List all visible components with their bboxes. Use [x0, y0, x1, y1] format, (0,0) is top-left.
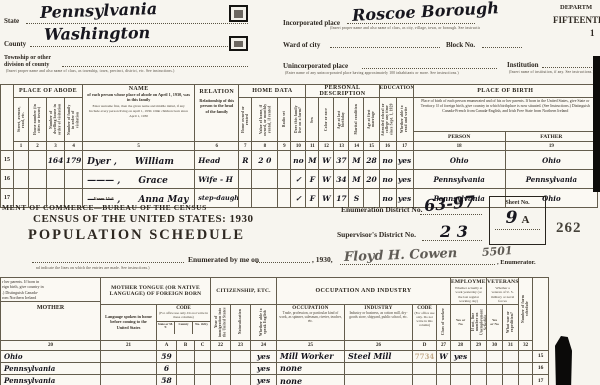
enumerated-date-line: [256, 262, 310, 263]
age-cell: 34: [334, 170, 349, 189]
enumerated-by-label: Enumerated by me on: [188, 255, 259, 264]
col-number: 12: [319, 142, 334, 151]
col-number: 8: [252, 142, 278, 151]
col-marital-header: Marital condition: [349, 98, 364, 142]
farm-schedule-header: Number of farm schedule: [519, 278, 533, 341]
department-line: MENT OF COMMERCE—BUREAU OF THE CENSUS: [2, 203, 207, 212]
code-a-cell: 59: [157, 350, 177, 362]
date-fragment: , 1930,: [312, 255, 333, 264]
line-number-header-cell: [1, 85, 14, 151]
farm-cell: ✓: [291, 170, 306, 189]
institution-line: [542, 67, 600, 68]
name-header: NAME of each person whose place of abode…: [83, 85, 195, 142]
col-number: 31: [503, 340, 519, 350]
county-line: [30, 46, 248, 47]
institution-note: (Insert name of institution, if any. See…: [509, 70, 600, 74]
relation-cell: Head: [195, 151, 239, 170]
school-cell: no: [379, 151, 396, 170]
col-number: 18: [413, 142, 505, 151]
code-note: (For office use only. Do not write in th…: [157, 311, 210, 319]
speak-english-cell: yes: [251, 374, 277, 385]
col-number: 14: [349, 142, 364, 151]
birthplace-person-cell: Ohio: [413, 151, 505, 170]
immigration-year-header: Year of immigration into the United Stat…: [211, 304, 231, 340]
occupation-cell: none: [277, 362, 345, 374]
age-cell: 37: [334, 151, 349, 170]
page-stamp: 262: [556, 220, 582, 237]
sheet-value: 9 A: [490, 208, 545, 228]
home-value-cell: 2 0: [252, 151, 278, 170]
col-number: D: [413, 340, 437, 350]
col-street-header: Street, avenue, road, etc.: [14, 98, 29, 142]
col-dwelling-header: Number of dwelling house in order of vis…: [47, 98, 65, 142]
col-number: 15: [364, 142, 379, 151]
col-number: 25: [277, 340, 345, 350]
col-number: 30: [487, 340, 503, 350]
occupation-industry-group: OCCUPATION AND INDUSTRY: [277, 278, 451, 305]
col-owned-header: Home owned or rented: [239, 98, 252, 142]
code-a-cell: 58: [157, 374, 177, 385]
col-number: 10: [291, 142, 306, 151]
col-number: 24: [251, 340, 277, 350]
col-read-write-header: Whether able to read and write: [396, 98, 413, 142]
col-number: 23: [231, 340, 251, 350]
col-number: 11: [306, 142, 319, 151]
col-family-header: Number of family in order of visitation: [65, 98, 83, 142]
farm-cell: no: [291, 151, 306, 170]
line-number: 15: [1, 151, 14, 170]
incorporated-place-value: Roscoe Borough: [352, 0, 500, 25]
at-work-cell: yes: [451, 350, 471, 362]
census-bottom-table: r her parents. If born in eign birth, gi…: [0, 277, 549, 385]
col-number: 4: [65, 142, 83, 151]
name-desc-1: of each person whose place of abode on A…: [83, 92, 194, 103]
col-number: 29: [471, 340, 487, 350]
county-value: Washington: [44, 23, 151, 44]
marital-cell: M: [349, 170, 364, 189]
col-number: 17: [396, 142, 413, 151]
ink-blob-artifact: [555, 336, 572, 385]
col-number: A: [157, 340, 177, 350]
relation-header: RELATION Relationship of this person to …: [195, 85, 239, 142]
line-number: 16: [1, 170, 14, 189]
sex-cell: F: [306, 170, 319, 189]
line-number: 15: [533, 350, 549, 362]
block-label: Block No.: [446, 41, 475, 49]
speak-english-cell: yes: [251, 362, 277, 374]
veterans-desc: Whether a veteran of U. S. military or n…: [487, 286, 518, 304]
code-header: CODE (For office use only. Do not write …: [157, 304, 211, 340]
header-box-2: [229, 36, 248, 51]
col-number: 32: [519, 340, 533, 350]
speak-english-cell: yes: [251, 350, 277, 362]
place-of-birth-desc: Place of birth of each person enumerated…: [413, 98, 597, 132]
line-number: 17: [533, 374, 549, 385]
col-sex-header: Sex: [306, 98, 319, 142]
occupation-cell: Mill Worker: [277, 350, 345, 362]
relation-desc: Relationship of this person to the head …: [195, 98, 238, 114]
code-subcolumns: State or M. T. County Na- tivity: [157, 321, 210, 334]
schedule-note: nd indicate the lines on which the entri…: [36, 266, 186, 270]
col-number: 13: [334, 142, 349, 151]
education-group: EDUCATION: [379, 85, 413, 98]
mother-column-title: MOTHER: [1, 301, 100, 316]
census-top-table: PLACE OF ABODE NAME of each person whose…: [0, 84, 598, 208]
person-subheader: PERSON: [413, 132, 505, 142]
birthplace-mother-cell: Pennsylvania: [1, 374, 101, 385]
col-house-header: House number (in cities or towns): [29, 98, 47, 142]
name-desc-3: Include every person living on April 1, …: [83, 109, 194, 118]
col-number: 28: [451, 340, 471, 350]
col-number: 7: [239, 142, 252, 151]
enumeration-district-value: 63-97: [423, 192, 476, 215]
institution-label: Institution: [507, 61, 539, 69]
col-number: 27: [437, 340, 451, 350]
census-title: CENSUS OF THE UNITED STATES: 1930: [33, 213, 254, 225]
col-value-header: Value of home, if owned, or monthly rent…: [252, 98, 278, 142]
occupation-header: OCCUPATION Trade, profession, or particu…: [277, 304, 345, 340]
ward-label: Ward of city: [283, 41, 320, 49]
read-write-cell: yes: [396, 151, 413, 170]
sex-cell: F: [306, 189, 319, 208]
enumerator-label: , Enumerator.: [497, 259, 536, 266]
signature-line: [340, 264, 495, 265]
marital-cell: M: [349, 151, 364, 170]
header-box-1: [229, 5, 248, 22]
naturalization-header: Naturalization: [231, 304, 251, 340]
veteran-yesno-header: Yes or No: [487, 304, 503, 340]
birthplace-person-cell: Pennsylvania: [413, 170, 505, 189]
occupation-code-cell: 7734: [413, 350, 437, 362]
township-line: [62, 66, 248, 67]
unemployment-line-header: If not, line number on Unemployment Sche…: [471, 304, 487, 340]
sheet-number-box: Sheet No. 9 A: [489, 196, 546, 245]
col-number: 20: [1, 340, 101, 350]
col-number: 1: [14, 142, 29, 151]
department-fragment: DEPARTM: [560, 4, 592, 11]
race-cell: W: [319, 151, 334, 170]
col-number: C: [195, 340, 211, 350]
relation-title: RELATION: [195, 89, 238, 95]
industry-header: INDUSTRY Industry or business, as cotton…: [345, 304, 413, 340]
occupation-cell: none: [277, 374, 345, 385]
citizenship-group: CITIZENSHIP, ETC.: [211, 278, 277, 305]
age-marriage-cell: 20: [364, 170, 379, 189]
col-radio-header: Radio set: [278, 98, 291, 142]
col-number: B: [177, 340, 195, 350]
father-subheader: FATHER: [505, 132, 597, 142]
col-number: 5: [83, 142, 195, 151]
speak-english-header: Whether able to speak English: [251, 304, 277, 340]
county-label: County: [4, 40, 26, 48]
class-of-worker-cell: W: [437, 350, 451, 362]
code-a-cell: 6: [157, 362, 177, 374]
state-label: State: [4, 17, 19, 25]
race-cell: W: [319, 189, 334, 208]
mother-tongue-group: MOTHER TONGUE (OR NATIVE LANGUAGE) OF FO…: [101, 278, 211, 305]
col-school-header: Attended school or college any time sinc…: [379, 98, 396, 142]
name-cell: Dyer , William: [83, 151, 195, 170]
sheet-label: Sheet No.: [490, 200, 545, 206]
read-write-cell: yes: [396, 170, 413, 189]
state-value: Pennsylvania: [40, 0, 158, 22]
township-note: (Insert proper name and also name of cla…: [6, 69, 250, 73]
owned-rented-cell: R: [239, 151, 252, 170]
farm-cell: ✓: [291, 189, 306, 208]
enumerator-signature: Floyd H. Cowen: [344, 246, 458, 265]
personal-description-group: PERSONAL DESCRIPTION: [306, 85, 379, 98]
block-line: [482, 47, 522, 48]
census-form-scan: State Pennsylvania County Washington Tow…: [0, 0, 600, 385]
enumeration-district-label: Enumeration District No.: [341, 205, 422, 214]
place-of-abode-group: PLACE OF ABODE: [14, 85, 83, 98]
birth-instructions-mother: r her parents. If born in eign birth, gi…: [1, 278, 101, 341]
schedule-title: POPULATION SCHEDULE: [28, 227, 245, 244]
war-expedition-header: What war or expedition?: [503, 304, 519, 340]
dwelling-number: 164: [47, 151, 65, 170]
birthplace-mother-cell: Pennsylvania: [1, 362, 101, 374]
ward-line: [330, 47, 440, 48]
col-number: 3: [47, 142, 65, 151]
name-desc-2: Enter surname first, then the given name…: [83, 104, 194, 108]
col-number: 16: [379, 142, 396, 151]
birthplace-father-cell: Pennsylvania: [505, 170, 597, 189]
col-number: 21: [101, 340, 157, 350]
sex-cell: M: [306, 151, 319, 170]
col-number: 2: [29, 142, 47, 151]
name-cell: ——— , Grace: [83, 170, 195, 189]
fifteenth-census-fragment: FIFTEENTH: [553, 15, 600, 25]
employment-group: EMPLOYMENT Whether actually at work yest…: [451, 278, 487, 305]
occupation-code-header: CODE (For office use only. Do not write …: [413, 304, 437, 340]
col-number: 9: [278, 142, 291, 151]
at-work-header: Yes or No: [451, 304, 471, 340]
year-fragment: 1: [590, 28, 595, 38]
col-number: 22: [211, 340, 231, 350]
col-number: 6: [195, 142, 239, 151]
col-race-header: Color or race: [319, 98, 334, 142]
home-data-group: HOME DATA: [239, 85, 306, 98]
relation-cell: Wife - H: [195, 170, 239, 189]
industry-cell: Steel Mill: [345, 350, 413, 362]
col-number: 26: [345, 340, 413, 350]
scan-edge-artifact: [593, 56, 600, 192]
unincorporated-note: (Enter name of any unincorporated place …: [285, 71, 497, 75]
class-of-worker-header: Class of worker: [437, 304, 451, 340]
supervisor-district-label: Supervisor's District No.: [337, 230, 416, 239]
birthplace-father-cell: Ohio: [505, 151, 597, 170]
place-of-birth-group: PLACE OF BIRTH: [413, 85, 597, 98]
school-cell: no: [379, 170, 396, 189]
language-header: Language spoken in home before coming to…: [101, 304, 157, 340]
age-marriage-cell: 28: [364, 151, 379, 170]
col-farm-header: Does this family live on a farm?: [291, 98, 306, 142]
incorporated-note: (Insert proper name and also name of cla…: [330, 26, 480, 30]
col-age-marriage-header: Age at first marriage: [364, 98, 379, 142]
line-number-header-cell: [533, 278, 549, 351]
col-number: 19: [505, 142, 597, 151]
col-age-header: Age at last birthday: [334, 98, 349, 142]
schedule-line: [32, 262, 184, 263]
line-number: 16: [533, 362, 549, 374]
unincorporated-label: Unincorporated place: [283, 62, 348, 70]
employment-desc: Whether actually at work yesterday (or t…: [451, 286, 486, 304]
supervisor-district-value: 2 3: [440, 222, 468, 241]
veterans-group: VETERANS Whether a veteran of U. S. mili…: [487, 278, 519, 305]
family-number: 179: [65, 151, 83, 170]
unincorporated-line: [362, 68, 497, 69]
form-number: Form 15-6: [94, 196, 114, 201]
birthplace-mother-cell: Ohio: [1, 350, 101, 362]
enumerator-code: 5501: [482, 244, 513, 259]
township-label: Township or other division of county: [4, 55, 51, 69]
race-cell: W: [319, 170, 334, 189]
